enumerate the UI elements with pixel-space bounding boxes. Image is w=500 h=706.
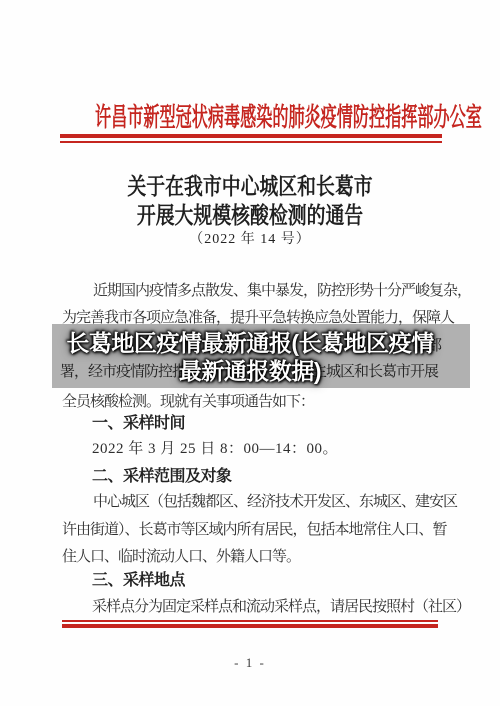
scanned-notice-page: 许昌市新型冠状病毒感染的肺炎疫情防控指挥部办公室 关于在我市中心城区和长葛市 开… xyxy=(0,0,500,706)
section-2-line-3: 住人口、临时流动人口、外籍人口等。 xyxy=(62,545,300,566)
footer-rule-thin xyxy=(62,620,438,622)
page-number: - 1 - xyxy=(0,655,500,671)
intro-line-1: 近期国内疫情多点散发、集中暴发，防控形势十分严峻复杂， xyxy=(93,279,471,300)
footer-rule-thick xyxy=(62,624,438,628)
intro-line-5: 全员核酸检测。现就有关事项通告如下： xyxy=(62,390,314,411)
doc-title-line-2: 开展大规模核酸检测的通告 xyxy=(45,197,455,230)
section-1-heading: 一、采样时间 xyxy=(92,410,185,433)
section-2-line-1: 中心城区（包括魏都区、经济技术开发区、东城区、建安区 xyxy=(93,490,457,511)
overlay-headline-line-2: 最新通报数据) xyxy=(0,353,500,386)
letterhead-org-title: 许昌市新型冠状病毒感染的肺炎疫情防控指挥部办公室 xyxy=(95,97,405,134)
doc-number: （2022 年 14 号） xyxy=(0,228,500,248)
section-2-line-2: 许由街道）、长葛市等区域内所有居民，包括本地常住人口、暂 xyxy=(62,518,447,539)
section-2-heading: 二、采样范围及对象 xyxy=(92,463,232,486)
section-1-line-1: 2022 年 3 月 25 日 8：00—14：00。 xyxy=(92,437,338,458)
letterhead-rule-thick xyxy=(60,134,442,138)
section-3-line-1: 采样点分为固定采样点和流动采样点，请居民按照村（社区） xyxy=(92,595,470,616)
letterhead-rule-thin xyxy=(60,141,442,143)
section-3-heading: 三、采样地点 xyxy=(92,567,185,590)
